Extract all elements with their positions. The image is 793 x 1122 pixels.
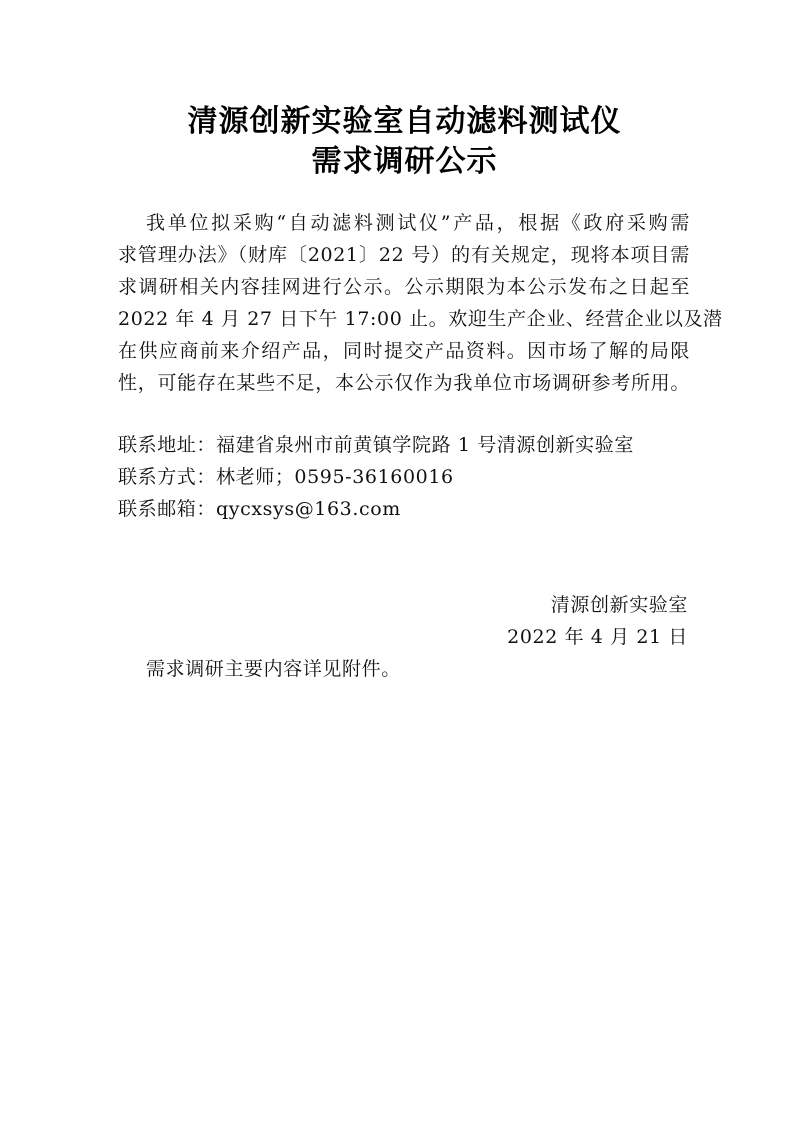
signature-organization: 清源创新实验室: [551, 593, 688, 617]
paragraph-line: 在供应商前来介绍产品，同时提交产品资料。因市场了解的局限: [118, 339, 690, 363]
contact-address-label: 联系地址：: [118, 434, 216, 456]
paragraph-line: 性，可能存在某些不足，本公示仅作为我单位市场调研参考所用。: [118, 371, 690, 395]
contact-address: 联系地址：福建省泉州市前黄镇学院路 1 号清源创新实验室: [118, 433, 690, 457]
contact-address-value: 福建省泉州市前黄镇学院路 1 号清源创新实验室: [216, 434, 634, 456]
contact-email-label: 联系邮箱：: [118, 498, 216, 520]
paragraph-line: 求管理办法》（财库〔2021〕22 号）的有关规定，现将本项目需: [118, 243, 690, 267]
paragraph-line: 求调研相关内容挂网进行公示。公示期限为本公示发布之日起至: [118, 275, 690, 299]
paragraph-line: 2022 年 4 月 27 日下午 17:00 止。欢迎生产企业、经营企业以及潜: [118, 307, 690, 331]
contact-method-label: 联系方式：: [118, 466, 216, 488]
contact-method-value: 林老师；0595-36160016: [216, 466, 454, 488]
contact-method: 联系方式：林老师；0595-36160016: [118, 465, 690, 489]
document-title-line-2: 需求调研公示: [8, 142, 793, 182]
document-page: 清源创新实验室自动滤料测试仪 需求调研公示 我单位拟采购“自动滤料测试仪”产品，…: [0, 0, 793, 1122]
contact-email-value[interactable]: qycxsys@163.com: [216, 498, 401, 520]
attachment-note: 需求调研主要内容详见附件。: [146, 657, 690, 681]
paragraph-line: 我单位拟采购“自动滤料测试仪”产品，根据《政府采购需: [146, 211, 690, 235]
document-title-line-1: 清源创新实验室自动滤料测试仪: [8, 102, 793, 142]
signature-date: 2022 年 4 月 21 日: [507, 625, 688, 649]
contact-email: 联系邮箱：qycxsys@163.com: [118, 497, 690, 521]
